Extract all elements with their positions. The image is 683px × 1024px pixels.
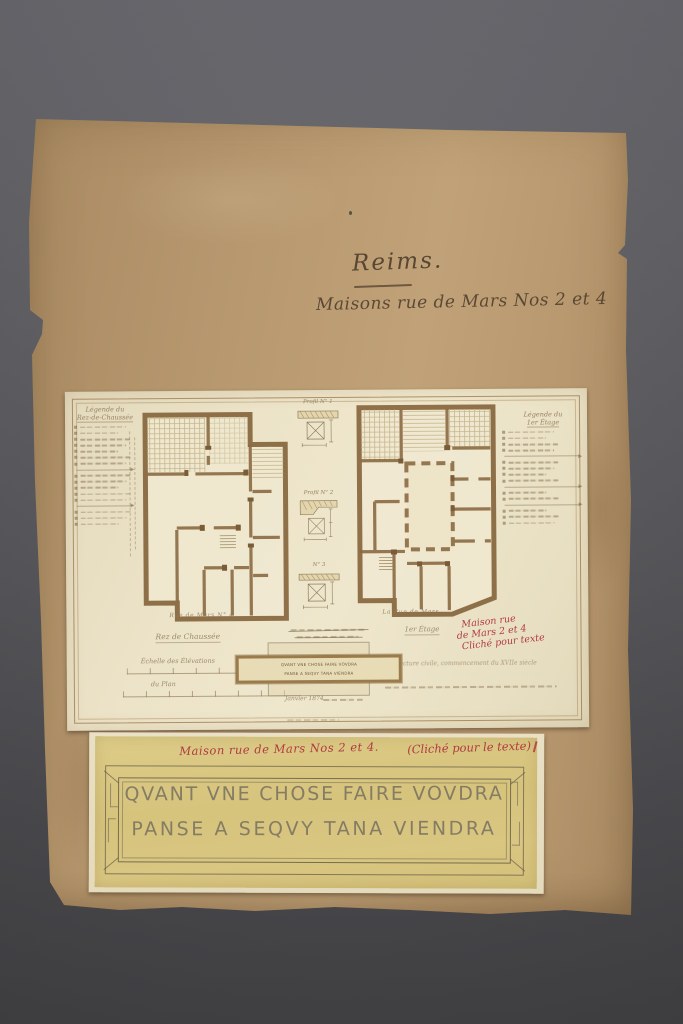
legend-item <box>74 486 136 489</box>
legend-divider <box>76 469 132 470</box>
cartouche-frame: QVANT VNE CHOSE FAIRE VOVDRA PANSE A SEQ… <box>235 654 402 683</box>
legend-item <box>74 425 136 428</box>
inscription-line-1: QVANT VNE CHOSE FAIRE VOVDRA <box>121 783 507 806</box>
profile-drawing <box>295 569 343 615</box>
legend-item <box>502 460 584 464</box>
legend-item <box>502 436 584 440</box>
legend-item <box>74 474 136 477</box>
bracket-mark <box>108 818 116 842</box>
legend-item <box>74 431 136 434</box>
profile-drawing <box>295 497 343 543</box>
profile-section-2: Profil N° 2 <box>291 490 347 547</box>
legend-item <box>74 450 136 453</box>
legend-ground-floor: Légende du Rez-de-Chaussée <box>74 405 137 529</box>
legend-item <box>74 462 136 465</box>
plan-sheet: Légende du Rez-de-Chaussée <box>65 388 589 731</box>
caption-right-street: La Rue de Mars <box>382 608 439 615</box>
legend-item <box>503 515 585 519</box>
caption-left-floor: Rez de Chaussée <box>156 632 221 643</box>
legend-item <box>75 522 137 525</box>
legend-divider <box>505 504 581 506</box>
inscription-strip: Maison rue de Mars Nos 2 et 4. (Cliché p… <box>95 736 538 889</box>
signature-date: Janvier 1874 <box>285 695 324 702</box>
scale-elevations-label: Échelle des Élévations <box>141 657 215 666</box>
bracket-mark <box>512 822 520 846</box>
strip-red-caption: Maison rue de Mars Nos 2 et 4. <box>179 740 379 759</box>
legend-divider <box>504 486 580 488</box>
cartouche-line: QVANT VNE CHOSE FAIRE VOVDRA <box>281 662 357 667</box>
profile-section-3: N° 3 <box>291 562 347 619</box>
ink-speck <box>349 211 352 215</box>
profile-label: Profil N° 2 <box>291 490 347 496</box>
legend-heading: Légende du Rez-de-Chaussée <box>74 405 136 421</box>
cartouche-line: PANSE A SEQVY TANA VIENDRA <box>284 671 353 676</box>
legend-item <box>502 448 584 452</box>
legend-first-floor: Légende du 1er Étage <box>502 410 585 528</box>
classification-note: Architecture civile, commencement du XVI… <box>381 659 561 667</box>
legend-item <box>75 510 137 513</box>
caption-right-floor: 1er Étage <box>404 625 439 635</box>
legend-item <box>502 467 584 471</box>
legend-item <box>75 516 137 519</box>
photograph: Reims. Maisons rue de Mars Nos 2 et 4 Lé… <box>0 0 683 1024</box>
inscription-mount: Maison rue de Mars Nos 2 et 4. (Cliché p… <box>89 732 545 894</box>
strip-red-caption-right: (Cliché pour le texte) <box>407 739 531 757</box>
handwritten-title: Reims. <box>352 247 444 276</box>
legend-heading: Légende du 1er Étage <box>502 410 584 427</box>
legend-divider <box>504 456 580 458</box>
scale-plan-label: du Plan <box>151 680 176 688</box>
caption-left-street: Rue de Mars N° 4 <box>169 612 233 619</box>
legend-item <box>75 498 137 501</box>
legend-item <box>502 430 584 434</box>
strikethrough <box>295 637 363 638</box>
legend-divider <box>77 505 133 506</box>
profile-drawing <box>294 406 342 452</box>
legend-item <box>74 480 136 483</box>
red-tick-mark <box>529 740 538 752</box>
margin-mark <box>287 719 339 721</box>
legend-item <box>503 521 585 525</box>
profile-section-1: Profil N° 1 <box>290 399 346 456</box>
legend-items <box>74 425 137 526</box>
legend-item <box>74 444 136 447</box>
legend-items <box>502 430 585 524</box>
signature-flourish <box>323 699 363 701</box>
profile-label: Profil N° 1 <box>290 399 346 405</box>
legend-item <box>74 438 136 441</box>
profile-label: N° 3 <box>291 562 347 568</box>
bracket-mark <box>110 783 118 807</box>
inscription-line-2: PANSE A SEQVY TANA VIENDRA <box>121 818 507 841</box>
faint-note-line <box>385 685 557 688</box>
floor-plan-ground <box>139 407 293 626</box>
legend-item <box>74 456 136 459</box>
legend-item <box>503 509 585 513</box>
legend-item <box>503 491 585 495</box>
floor-plan-first <box>354 401 504 622</box>
legend-item <box>502 479 584 483</box>
legend-item <box>502 442 584 446</box>
title-cartouche: QVANT VNE CHOSE FAIRE VOVDRA PANSE A SEQ… <box>268 642 370 697</box>
legend-item <box>503 497 585 501</box>
legend-item <box>75 492 137 495</box>
bracket-mark <box>510 782 518 806</box>
legend-item <box>502 473 584 477</box>
